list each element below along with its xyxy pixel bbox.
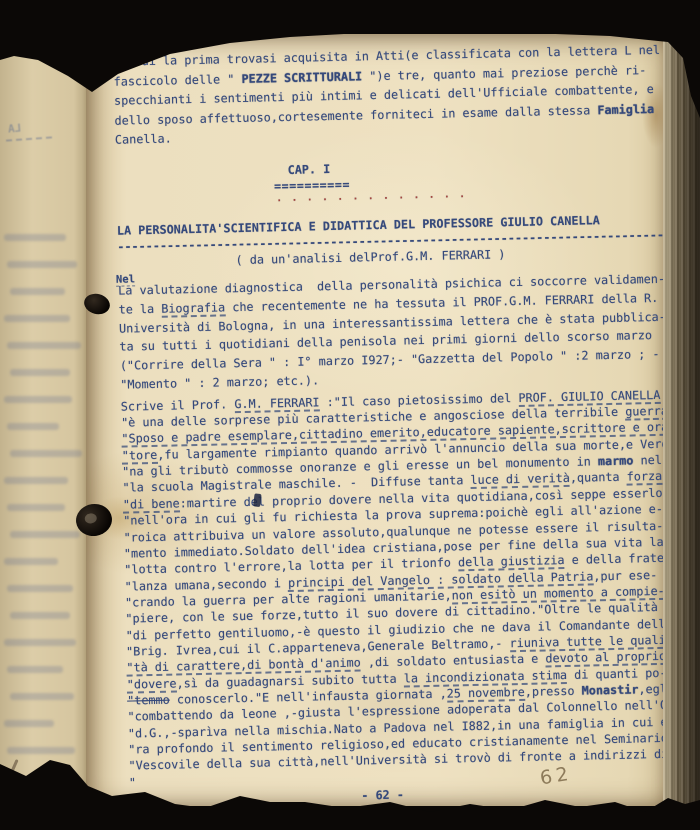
ghost-text-line (7, 747, 75, 754)
ghost-text-line (10, 369, 70, 376)
typed-text: Monastir (581, 682, 638, 697)
document-page: di cui la prima trovasi acquisita in Att… (86, 34, 668, 806)
typed-text: della giustizia (458, 553, 565, 571)
typed-text: 25 novembre (447, 685, 525, 703)
typed-text: ,pur ese- (593, 568, 657, 583)
ghost-mirrored-heading: LA (7, 121, 21, 135)
ghost-heading-underline (6, 136, 52, 141)
ghost-text-line (4, 558, 58, 565)
typed-text: guerra (625, 404, 668, 421)
typed-text: Famiglia (597, 102, 654, 117)
typed-correction: Nel (116, 273, 135, 286)
ghost-text-line (10, 531, 80, 538)
ghost-text-line (4, 720, 54, 727)
ghost-text-line (10, 612, 70, 619)
typed-text: G.M. FERRARI (234, 395, 320, 413)
ghost-text-line (4, 315, 70, 322)
ghost-text-line (10, 450, 82, 457)
page-stack-edge (663, 38, 700, 806)
typed-text: ,quanta (570, 470, 627, 485)
ghost-text-line (10, 288, 65, 295)
typed-text: ,di soldato entusiasta e (361, 652, 546, 670)
typed-text: :"Il caso pietosissimo del (319, 391, 518, 409)
typewritten-text-block: di cui la prima trovasi acquisita in Att… (113, 42, 668, 806)
typed-text: forza (627, 469, 663, 486)
photo-scene: LA di cui la prima trovasi acquisita in … (0, 0, 700, 830)
typed-text: " (129, 775, 136, 789)
paragraph-opening: di cui la prima trovasi acquisita in Att… (113, 42, 668, 152)
chapter-heading-block: CAP. I ========== . . . . . . . . . . . … (116, 154, 668, 271)
ghost-text-line (4, 639, 76, 646)
ghost-text-line (4, 396, 72, 403)
typed-text: e della fratel (564, 551, 668, 567)
typed-text: luce di verità (470, 471, 570, 489)
ink-blot (253, 493, 261, 507)
typed-text: Canella. (115, 132, 172, 147)
ghost-text-line (7, 342, 81, 349)
typed-text: Scrive il Prof. (121, 397, 235, 413)
typed-text: PEZZE SCRITTURALI (241, 69, 362, 86)
typed-text: "tore (122, 448, 158, 465)
typed-text: ,presso (525, 684, 582, 699)
ghost-text-line (4, 477, 68, 484)
typed-text: "di bene (123, 496, 180, 513)
previous-page-edge: LA (0, 46, 92, 808)
ghost-text-line (7, 261, 77, 268)
ghost-text-line (7, 585, 73, 592)
paragraph-introduction: Nel La valutazione diagnostica della per… (118, 271, 668, 396)
typed-text: "temmo (127, 693, 170, 708)
typed-text: Biografia (161, 300, 225, 317)
typed-text: "lanza umana,secondo i (125, 576, 289, 594)
typed-text: te la (118, 302, 161, 317)
typed-text: fascicolo delle " (114, 72, 242, 89)
typed-text: "dovere (127, 676, 177, 693)
ghost-text-line (7, 423, 59, 430)
ghost-text-line (7, 666, 63, 673)
ghost-text-line (10, 693, 74, 700)
typed-text: marmo (598, 454, 634, 469)
ghost-text-line (4, 234, 66, 241)
paragraph-quotation: Scrive il Prof. G.M. FERRARI :"Il caso p… (121, 387, 668, 791)
typed-text: di quanti po- (567, 665, 667, 681)
typed-text: "Momento " : 2 marzo; etc.). (120, 373, 319, 391)
ghost-text-line (7, 504, 65, 511)
